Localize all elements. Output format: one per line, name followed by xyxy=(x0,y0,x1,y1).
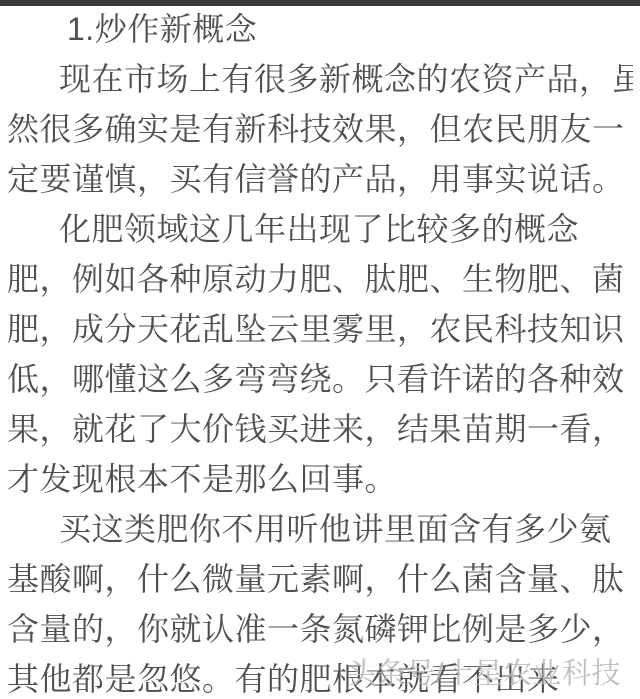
text-line: 才发现根本不是那么回事。 xyxy=(7,454,633,504)
text-line: 含量的，你就认准一条氮磷钾比例是多少， xyxy=(7,604,633,654)
text-line: 然很多确实是有新科技效果，但农民朋友一 xyxy=(7,104,633,154)
text-line: 其他都是忽悠。有的肥根本就看不出来 xyxy=(7,654,633,699)
text-line: 1.炒作新概念 xyxy=(7,4,633,54)
text-line: 果，就花了大价钱买进来，结果苗期一看， xyxy=(7,404,633,454)
text-line: 买这类肥你不用听他讲里面含有多少氨 xyxy=(7,504,633,554)
text-line: 肥，例如各种原动力肥、肽肥、生物肥、菌 xyxy=(7,254,633,304)
text-line: 基酸啊，什么微量元素啊，什么菌含量、肽 xyxy=(7,554,633,604)
text-line: 肥，成分天花乱坠云里雾里，农民科技知识 xyxy=(7,304,633,354)
text-line: 化肥领域这几年出现了比较多的概念 xyxy=(7,204,633,254)
text-line: 现在市场上有很多新概念的农资产品，虽 xyxy=(7,54,633,104)
text-line: 低，哪懂这么多弯弯绕。只看许诺的各种效 xyxy=(7,354,633,404)
article-body: 1.炒作新概念现在市场上有很多新概念的农资产品，虽然很多确实是有新科技效果，但农… xyxy=(7,4,633,699)
text-line: 定要谨慎，买有信誉的产品，用事实说话。 xyxy=(7,154,633,204)
